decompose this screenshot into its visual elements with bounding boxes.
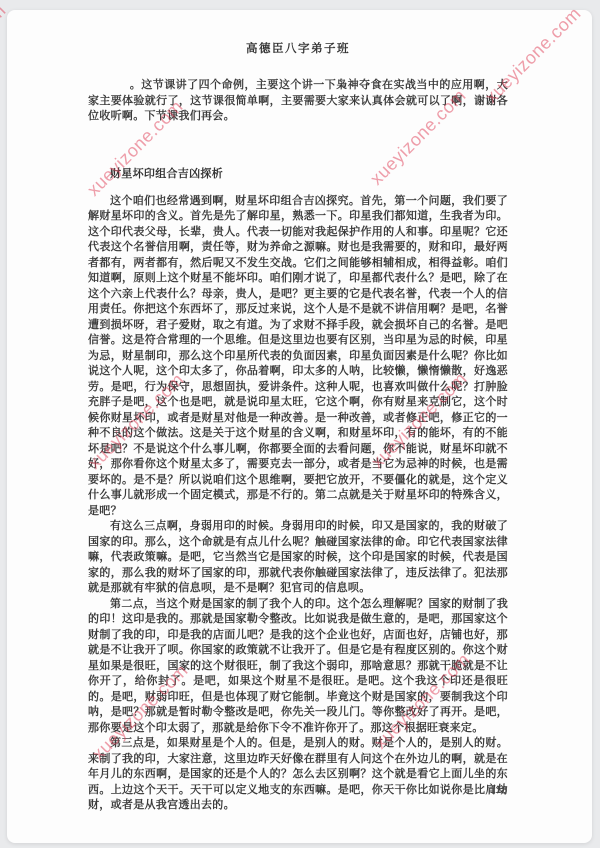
- body-paragraph: 第二点，当这个财是国家的制了我个人的印。这个怎么理解呢？国家的财制了我的印！这印…: [88, 597, 508, 737]
- section-heading: 财星坏印组合吉凶探析: [88, 165, 508, 181]
- page-header-title: 高德臣八字弟子班: [88, 40, 508, 56]
- screenshot-root: { "page": { "header_title": "高德臣八字弟子班", …: [0, 0, 600, 848]
- body-paragraph: 有这么三点啊，身弱用印的时候。身弱用印的时候，印又是国家的，我的财破了国家的印。…: [88, 519, 508, 597]
- intro-paragraph: 。这节课讲了四个命例，主要这个讲一下枭神夺食在实战当中的应用啊，大家主要体验就行…: [88, 78, 508, 125]
- page-number: 118: [490, 785, 508, 796]
- body-paragraph: 第三点是，如果财星是个人的。但是，是别人的财。财是个人的，是别人的财。来制了我的…: [88, 736, 508, 814]
- body-paragraph: 这个咱们也经常遇到啊，财星坏印组合吉凶探究。首先，第一个问题，我们要了解财星坏印…: [88, 194, 508, 520]
- document-page: 高德臣八字弟子班 。这节课讲了四个命例，主要这个讲一下枭神夺食在实战当中的应用啊…: [7, 10, 592, 843]
- page-content: 高德臣八字弟子班 。这节课讲了四个命例，主要这个讲一下枭神夺食在实战当中的应用啊…: [7, 40, 592, 814]
